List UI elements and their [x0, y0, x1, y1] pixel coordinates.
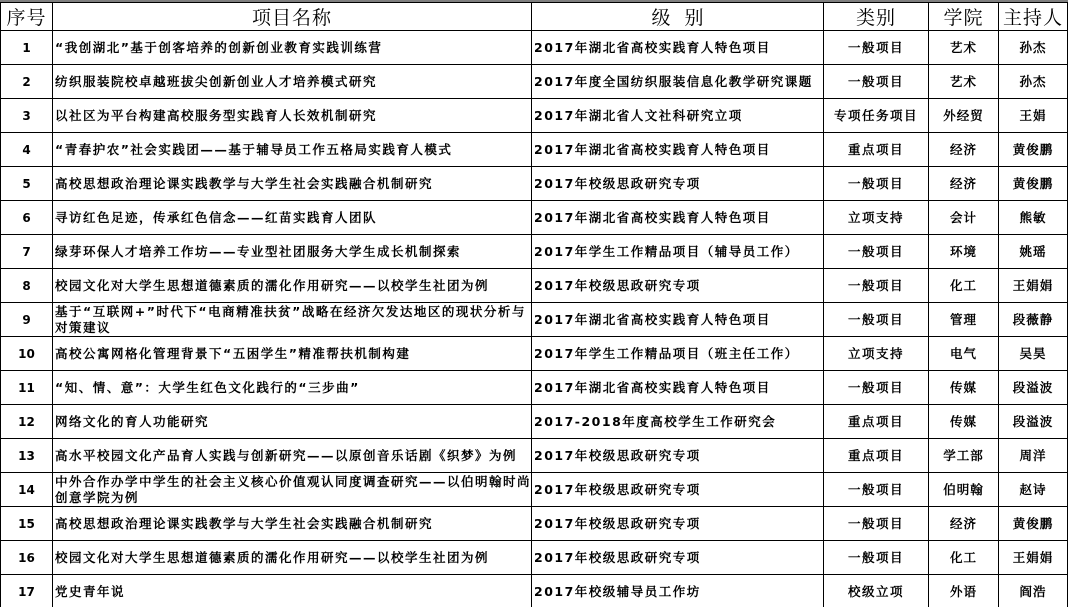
cell-name[interactable]: 高校思想政治理论课实践教学与大学生社会实践融合机制研究 [53, 507, 532, 541]
cell-type[interactable]: 重点项目 [824, 405, 929, 439]
cell-no[interactable]: 17 [1, 575, 53, 607]
cell-type[interactable]: 一般项目 [824, 31, 929, 65]
table-row: 14中外合作办学中学生的社会主义核心价值观认同度调查研究——以伯明翰时尚创意学院… [1, 473, 1068, 507]
cell-name[interactable]: 寻访红色足迹，传承红色信念——红苗实践育人团队 [53, 201, 532, 235]
cell-college[interactable]: 伯明翰 [929, 473, 999, 507]
header-no[interactable]: 序号 [1, 3, 53, 31]
cell-level[interactable]: 2017年校级思政研究专项 [532, 269, 824, 303]
table-row: 10高校公寓网格化管理背景下“五困学生”精准帮扶机制构建2017年学生工作精品项… [1, 337, 1068, 371]
cell-no[interactable]: 1 [1, 31, 53, 65]
header-host[interactable]: 主持人 [999, 3, 1068, 31]
cell-host[interactable]: 赵诗 [999, 473, 1068, 507]
cell-level[interactable]: 2017年湖北省人文社科研究立项 [532, 99, 824, 133]
cell-no[interactable]: 11 [1, 371, 53, 405]
cell-type[interactable]: 一般项目 [824, 507, 929, 541]
cell-host[interactable]: 吴昊 [999, 337, 1068, 371]
cell-no[interactable]: 7 [1, 235, 53, 269]
cell-name[interactable]: 基于“互联网+”时代下“电商精准扶贫”战略在经济欠发达地区的现状分析与对策建议 [53, 303, 532, 337]
cell-no[interactable]: 9 [1, 303, 53, 337]
cell-level[interactable]: 2017年湖北省高校实践育人特色项目 [532, 303, 824, 337]
cell-name[interactable]: 高水平校园文化产品育人实践与创新研究——以原创音乐话剧《织梦》为例 [53, 439, 532, 473]
cell-college[interactable]: 会计 [929, 201, 999, 235]
cell-college[interactable]: 艺术 [929, 65, 999, 99]
cell-level[interactable]: 2017年校级辅导员工作坊 [532, 575, 824, 607]
cell-type[interactable]: 一般项目 [824, 541, 929, 575]
table-body: 1“我创湖北”基于创客培养的创新创业教育实践训练营2017年湖北省高校实践育人特… [1, 31, 1068, 607]
table-row: 9基于“互联网+”时代下“电商精准扶贫”战略在经济欠发达地区的现状分析与对策建议… [1, 303, 1068, 337]
cell-level[interactable]: 2017年校级思政研究专项 [532, 541, 824, 575]
cell-level[interactable]: 2017年校级思政研究专项 [532, 439, 824, 473]
cell-no[interactable]: 3 [1, 99, 53, 133]
cell-college[interactable]: 经济 [929, 133, 999, 167]
cell-name[interactable]: 绿芽环保人才培养工作坊——专业型社团服务大学生成长机制探索 [53, 235, 532, 269]
project-table: 序号 项目名称 级别 类别 学院 主持人 1“我创湖北”基于创客培养的创新创业教… [0, 2, 1068, 607]
cell-name[interactable]: 高校公寓网格化管理背景下“五困学生”精准帮扶机制构建 [53, 337, 532, 371]
header-row: 序号 项目名称 级别 类别 学院 主持人 [1, 3, 1068, 31]
cell-no[interactable]: 16 [1, 541, 53, 575]
cell-name[interactable]: “知、情、意”：大学生红色文化践行的“三步曲” [53, 371, 532, 405]
cell-college[interactable]: 化工 [929, 541, 999, 575]
cell-type[interactable]: 一般项目 [824, 235, 929, 269]
table-row: 13高水平校园文化产品育人实践与创新研究——以原创音乐话剧《织梦》为例2017年… [1, 439, 1068, 473]
cell-no[interactable]: 14 [1, 473, 53, 507]
cell-college[interactable]: 传媒 [929, 371, 999, 405]
cell-level[interactable]: 2017年湖北省高校实践育人特色项目 [532, 371, 824, 405]
cell-college[interactable]: 环境 [929, 235, 999, 269]
cell-level[interactable]: 2017年湖北省高校实践育人特色项目 [532, 133, 824, 167]
cell-type[interactable]: 一般项目 [824, 269, 929, 303]
cell-college[interactable]: 艺术 [929, 31, 999, 65]
table-row: 11“知、情、意”：大学生红色文化践行的“三步曲”2017年湖北省高校实践育人特… [1, 371, 1068, 405]
table-row: 5高校思想政治理论课实践教学与大学生社会实践融合机制研究2017年校级思政研究专… [1, 167, 1068, 201]
cell-no[interactable]: 15 [1, 507, 53, 541]
cell-host[interactable]: 王娟 [999, 99, 1068, 133]
cell-name[interactable]: 网络文化的育人功能研究 [53, 405, 532, 439]
cell-level[interactable]: 2017年学生工作精品项目（辅导员工作） [532, 235, 824, 269]
table-row: 4“青春护农”社会实践团——基于辅导员工作五格局实践育人模式2017年湖北省高校… [1, 133, 1068, 167]
cell-host[interactable]: 姚瑶 [999, 235, 1068, 269]
cell-no[interactable]: 12 [1, 405, 53, 439]
cell-type[interactable]: 立项支持 [824, 201, 929, 235]
cell-college[interactable]: 学工部 [929, 439, 999, 473]
cell-name[interactable]: 以社区为平台构建高校服务型实践育人长效机制研究 [53, 99, 532, 133]
cell-type[interactable]: 一般项目 [824, 167, 929, 201]
cell-no[interactable]: 10 [1, 337, 53, 371]
cell-no[interactable]: 6 [1, 201, 53, 235]
cell-name[interactable]: “青春护农”社会实践团——基于辅导员工作五格局实践育人模式 [53, 133, 532, 167]
cell-level[interactable]: 2017年学生工作精品项目（班主任工作） [532, 337, 824, 371]
cell-type[interactable]: 专项任务项目 [824, 99, 929, 133]
cell-name[interactable]: “我创湖北”基于创客培养的创新创业教育实践训练营 [53, 31, 532, 65]
cell-host[interactable]: 段溢波 [999, 405, 1068, 439]
cell-host[interactable]: 周洋 [999, 439, 1068, 473]
cell-name[interactable]: 中外合作办学中学生的社会主义核心价值观认同度调查研究——以伯明翰时尚创意学院为例 [53, 473, 532, 507]
table-row: 16校园文化对大学生思想道德素质的濡化作用研究——以校学生社团为例2017年校级… [1, 541, 1068, 575]
cell-level[interactable]: 2017年校级思政研究专项 [532, 473, 824, 507]
cell-type[interactable]: 重点项目 [824, 133, 929, 167]
cell-college[interactable]: 经济 [929, 167, 999, 201]
header-name[interactable]: 项目名称 [53, 3, 532, 31]
cell-host[interactable]: 黄俊鹏 [999, 133, 1068, 167]
cell-college[interactable]: 传媒 [929, 405, 999, 439]
cell-host[interactable]: 段薇静 [999, 303, 1068, 337]
table-row: 1“我创湖北”基于创客培养的创新创业教育实践训练营2017年湖北省高校实践育人特… [1, 31, 1068, 65]
cell-host[interactable]: 孙杰 [999, 65, 1068, 99]
cell-host[interactable]: 黄俊鹏 [999, 507, 1068, 541]
cell-level[interactable]: 2017年湖北省高校实践育人特色项目 [532, 201, 824, 235]
header-level[interactable]: 级别 [532, 3, 824, 31]
cell-no[interactable]: 4 [1, 133, 53, 167]
cell-host[interactable]: 阎浩 [999, 575, 1068, 607]
cell-level[interactable]: 2017年度全国纺织服装信息化教学研究课题 [532, 65, 824, 99]
cell-type[interactable]: 一般项目 [824, 65, 929, 99]
cell-host[interactable]: 王娟娟 [999, 541, 1068, 575]
cell-type[interactable]: 一般项目 [824, 371, 929, 405]
table-row: 17党史青年说2017年校级辅导员工作坊校级立项外语阎浩 [1, 575, 1068, 607]
table-row: 6寻访红色足迹，传承红色信念——红苗实践育人团队2017年湖北省高校实践育人特色… [1, 201, 1068, 235]
cell-college[interactable]: 经济 [929, 507, 999, 541]
cell-name[interactable]: 高校思想政治理论课实践教学与大学生社会实践融合机制研究 [53, 167, 532, 201]
header-type[interactable]: 类别 [824, 3, 929, 31]
cell-college[interactable]: 外经贸 [929, 99, 999, 133]
cell-name[interactable]: 校园文化对大学生思想道德素质的濡化作用研究——以校学生社团为例 [53, 269, 532, 303]
cell-level[interactable]: 2017年校级思政研究专项 [532, 167, 824, 201]
cell-host[interactable]: 熊敏 [999, 201, 1068, 235]
cell-no[interactable]: 8 [1, 269, 53, 303]
table-row: 2纺织服装院校卓越班拔尖创新创业人才培养模式研究2017年度全国纺织服装信息化教… [1, 65, 1068, 99]
cell-college[interactable]: 外语 [929, 575, 999, 607]
cell-type[interactable]: 校级立项 [824, 575, 929, 607]
cell-type[interactable]: 立项支持 [824, 337, 929, 371]
cell-level[interactable]: 2017年校级思政研究专项 [532, 507, 824, 541]
cell-type[interactable]: 一般项目 [824, 473, 929, 507]
cell-college[interactable]: 管理 [929, 303, 999, 337]
cell-host[interactable]: 孙杰 [999, 31, 1068, 65]
table-row: 3以社区为平台构建高校服务型实践育人长效机制研究2017年湖北省人文社科研究立项… [1, 99, 1068, 133]
spreadsheet: 序号 项目名称 级别 类别 学院 主持人 1“我创湖北”基于创客培养的创新创业教… [0, 0, 1068, 607]
table-row: 7绿芽环保人才培养工作坊——专业型社团服务大学生成长机制探索2017年学生工作精… [1, 235, 1068, 269]
cell-host[interactable]: 王娟娟 [999, 269, 1068, 303]
cell-type[interactable]: 一般项目 [824, 303, 929, 337]
cell-no[interactable]: 2 [1, 65, 53, 99]
cell-host[interactable]: 黄俊鹏 [999, 167, 1068, 201]
cell-college[interactable]: 电气 [929, 337, 999, 371]
cell-host[interactable]: 段溢波 [999, 371, 1068, 405]
cell-name[interactable]: 校园文化对大学生思想道德素质的濡化作用研究——以校学生社团为例 [53, 541, 532, 575]
cell-type[interactable]: 重点项目 [824, 439, 929, 473]
table-row: 12网络文化的育人功能研究2017-2018年度高校学生工作研究会重点项目传媒段… [1, 405, 1068, 439]
cell-name[interactable]: 纺织服装院校卓越班拔尖创新创业人才培养模式研究 [53, 65, 532, 99]
cell-no[interactable]: 13 [1, 439, 53, 473]
cell-name[interactable]: 党史青年说 [53, 575, 532, 607]
cell-level[interactable]: 2017年湖北省高校实践育人特色项目 [532, 31, 824, 65]
cell-level[interactable]: 2017-2018年度高校学生工作研究会 [532, 405, 824, 439]
header-college[interactable]: 学院 [929, 3, 999, 31]
table-row: 8校园文化对大学生思想道德素质的濡化作用研究——以校学生社团为例2017年校级思… [1, 269, 1068, 303]
table-row: 15高校思想政治理论课实践教学与大学生社会实践融合机制研究2017年校级思政研究… [1, 507, 1068, 541]
cell-college[interactable]: 化工 [929, 269, 999, 303]
cell-no[interactable]: 5 [1, 167, 53, 201]
